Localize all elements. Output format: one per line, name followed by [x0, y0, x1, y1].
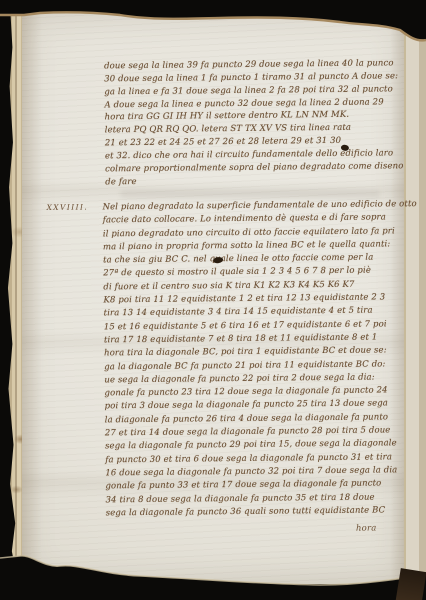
book-clasp	[396, 568, 426, 600]
book-page	[22, 12, 404, 584]
ink-showthrough	[120, 190, 380, 198]
photo-background: doue sega la linea 39 fa puncto 29 doue …	[0, 0, 426, 600]
